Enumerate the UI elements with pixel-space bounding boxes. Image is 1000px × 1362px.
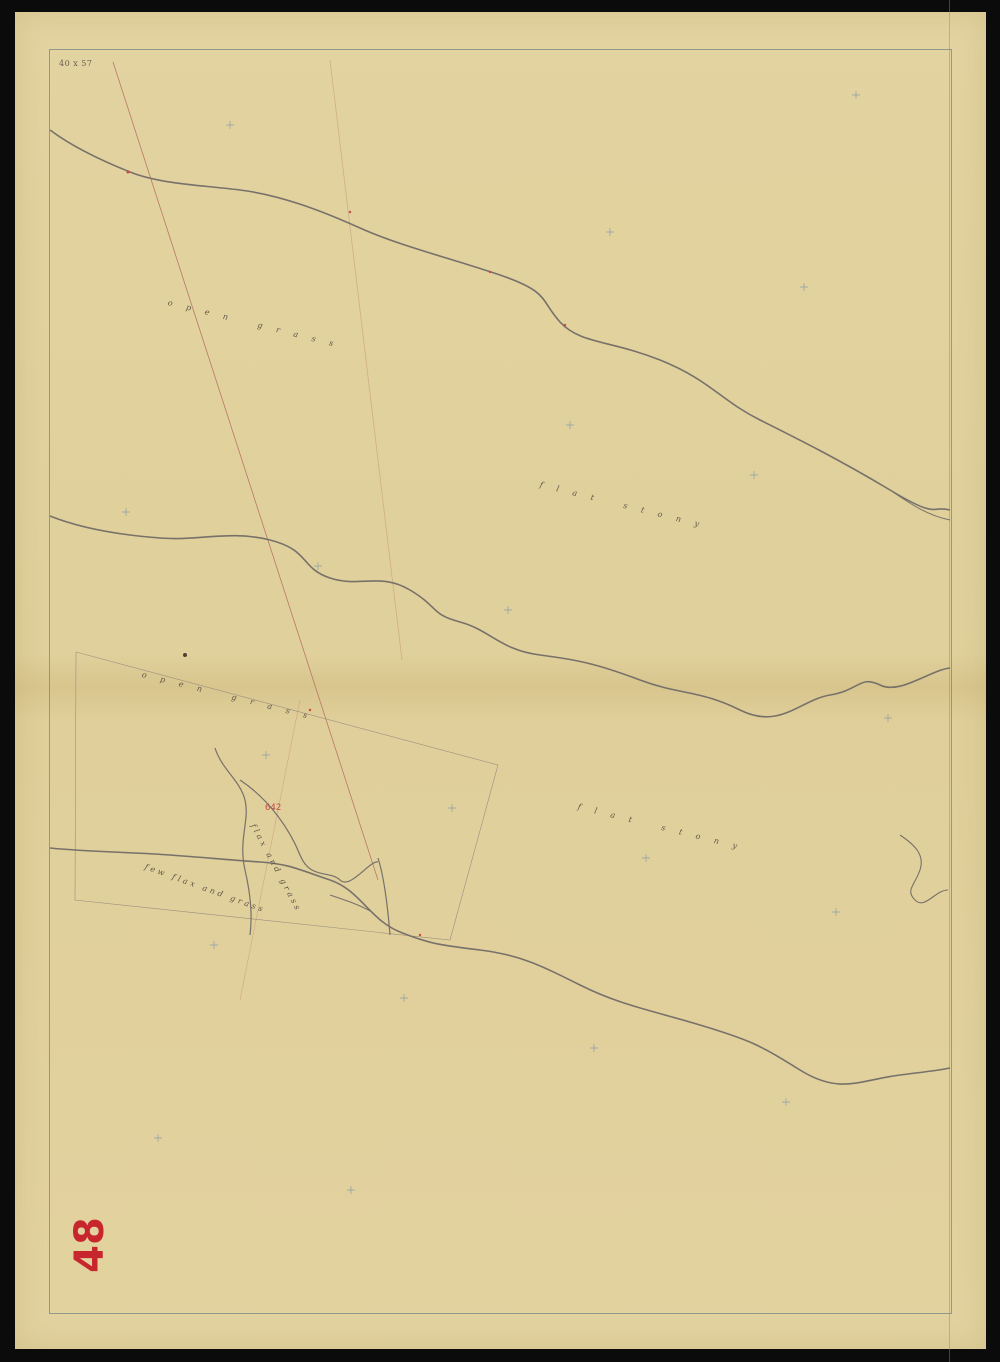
grid-crosses [122, 91, 892, 1194]
survey-lines [75, 60, 498, 1000]
stream-upper [50, 130, 950, 520]
stream-lower [50, 748, 950, 1084]
sheet-number: 48 [55, 1210, 125, 1280]
sheet-reference: 40 x 57 [59, 59, 92, 68]
chainage-marks [127, 171, 567, 937]
parcel-number: 642 [265, 803, 281, 813]
